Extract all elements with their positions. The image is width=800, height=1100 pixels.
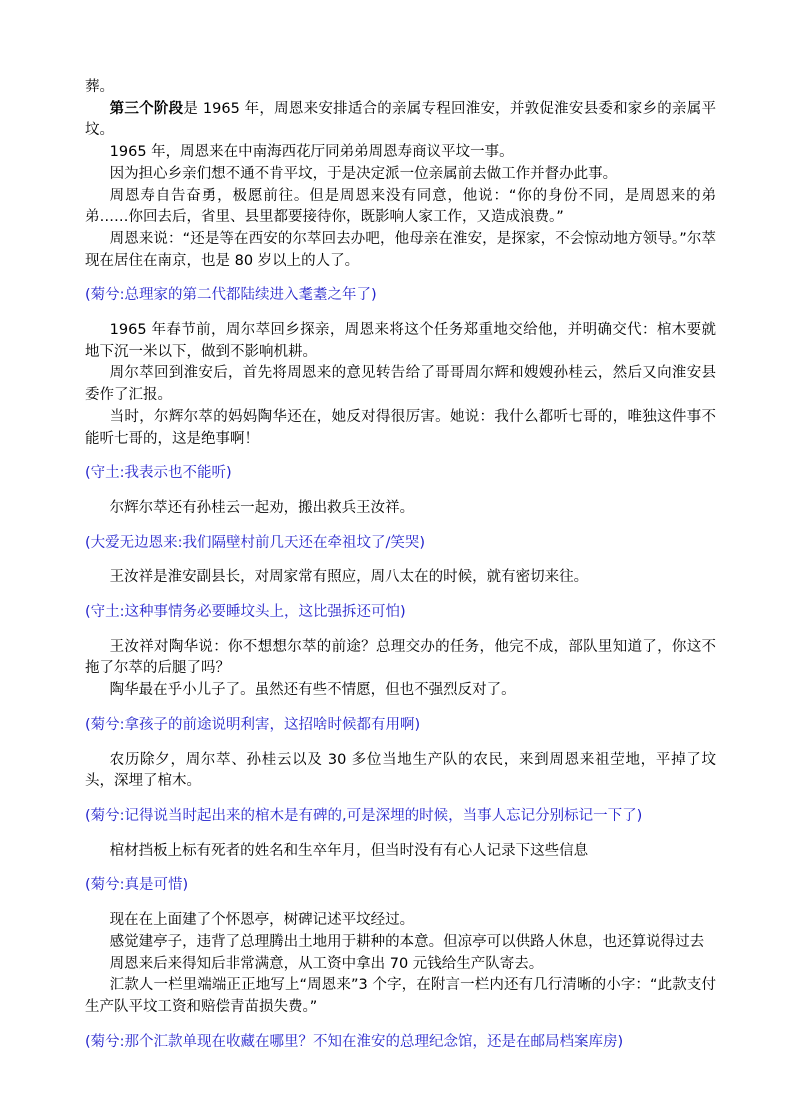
body-paragraph: 王汝祥是淮安副县长，对周家常有照应，周八太在的时候，就有密切来往。 bbox=[85, 567, 716, 589]
document-page: 葬。第三个阶段是 1965 年，周恩来安排适合的亲属专程回淮安，并敦促淮安县委和… bbox=[0, 0, 800, 1100]
body-paragraph: 王汝祥对陶华说：你不想想尔萃的前途？总理交办的任务，他完不成，部队里知道了，你这… bbox=[85, 637, 716, 680]
body-paragraph: 葬。 bbox=[85, 77, 716, 99]
comment-line: (菊兮:记得说当时起出来的棺木是有碑的,可是深埋的时候，当事人忘记分别标记一下了… bbox=[85, 806, 716, 828]
body-paragraph: 陶华最在乎小儿子了。虽然还有些不情愿，但也不强烈反对了。 bbox=[85, 680, 716, 702]
body-paragraph: 现在在上面建了个怀恩亭，树碑记述平坟经过。 bbox=[85, 910, 716, 932]
comment-line: (菊兮:总理家的第二代都陆续进入耄耋之年了) bbox=[85, 285, 716, 307]
comment-line: (守土:我表示也不能听) bbox=[85, 463, 716, 485]
body-paragraph: 第三个阶段是 1965 年，周恩来安排适合的亲属专程回淮安，并敦促淮安县委和家乡… bbox=[85, 99, 716, 142]
body-paragraph: 周尔萃回到淮安后，首先将周恩来的意见转告给了哥哥周尔辉和嫂嫂孙桂云，然后又向淮安… bbox=[85, 363, 716, 406]
comment-line: (菊兮:真是可惜) bbox=[85, 875, 716, 897]
body-paragraph: 周恩寿自告奋勇，极愿前往。但是周恩来没有同意，他说：“你的身份不同，是周恩来的弟… bbox=[85, 186, 716, 229]
paragraph-bold-lead: 第三个阶段 bbox=[110, 101, 184, 117]
body-paragraph: 1965 年，周恩来在中南海西花厅同弟弟周恩寿商议平坟一事。 bbox=[85, 142, 716, 164]
body-paragraph: 尔辉尔萃还有孙桂云一起劝，搬出救兵王汝祥。 bbox=[85, 498, 716, 520]
comment-line: (守土:这种事情务必要睡坟头上，这比强拆还可怕) bbox=[85, 602, 716, 624]
comment-line: (大爱无边恩来:我们隔壁村前几天还在牵祖坟了/笑哭) bbox=[85, 533, 716, 555]
body-paragraph: 1965 年春节前，周尔萃回乡探亲，周恩来将这个任务郑重地交给他，并明确交代：棺… bbox=[85, 320, 716, 363]
comment-line: (菊兮:那个汇款单现在收藏在哪里？不知在淮安的总理纪念馆，还是在邮局档案库房) bbox=[85, 1032, 716, 1054]
body-paragraph: 因为担心乡亲们想不通不肯平坟，于是决定派一位亲属前去做工作并督办此事。 bbox=[85, 164, 716, 186]
body-paragraph: 周恩来说：“还是等在西安的尔萃回去办吧，他母亲在淮安，是探家，不会惊动地方领导。… bbox=[85, 229, 716, 272]
body-paragraph: 周恩来后来得知后非常满意，从工资中拿出 70 元钱给生产队寄去。 bbox=[85, 954, 716, 976]
body-paragraph: 感觉建亭子，违背了总理腾出土地用于耕种的本意。但凉亭可以供路人休息，也还算说得过… bbox=[85, 932, 716, 954]
body-paragraph: 棺材挡板上标有死者的姓名和生卒年月，但当时没有有心人记录下这些信息 bbox=[85, 841, 716, 863]
body-paragraph: 汇款人一栏里端端正正地写上“周恩来”3 个字，在附言一栏内还有几行清晰的小字：“… bbox=[85, 975, 716, 1018]
comment-line: (菊兮:拿孩子的前途说明利害，这招啥时候都有用啊) bbox=[85, 715, 716, 737]
body-paragraph: 当时，尔辉尔萃的妈妈陶华还在，她反对得很厉害。她说：我什么都听七哥的，唯独这件事… bbox=[85, 407, 716, 450]
document-body: 葬。第三个阶段是 1965 年，周恩来安排适合的亲属专程回淮安，并敦促淮安县委和… bbox=[85, 77, 716, 1053]
body-paragraph: 农历除夕，周尔萃、孙桂云以及 30 多位当地生产队的农民，来到周恩来祖茔地，平掉… bbox=[85, 750, 716, 793]
